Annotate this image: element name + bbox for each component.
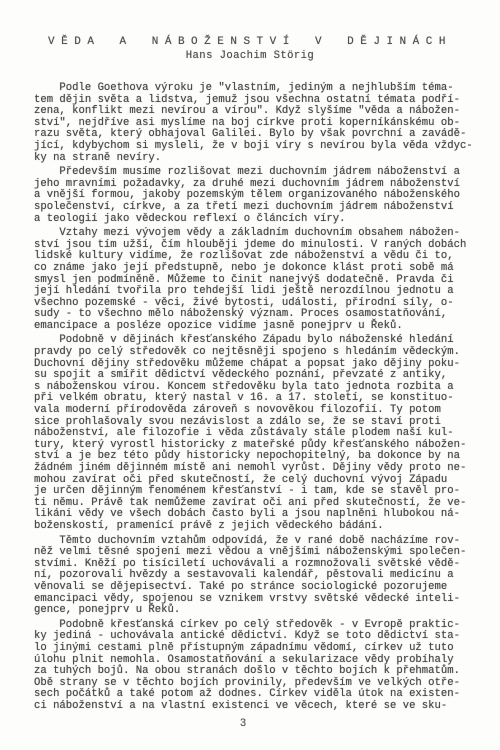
document-title: VĚDA A NÁBOŽENSTVÍ V DĚJINÁCH [0, 36, 500, 48]
paragraph: Vztahy mezi vývojem vědy a základním duc… [34, 228, 500, 332]
paragraph: Těmto duchovním vztahům odpovídá, že v r… [34, 536, 500, 617]
paragraph: Podle Goethova výroku je "vlastním, jedi… [34, 83, 500, 164]
paragraph: Podobně křesťanská církev po celý středo… [34, 620, 500, 713]
paragraph: Především musíme rozlišovat mezi duchovn… [34, 167, 500, 225]
document-author: Hans Joachim Störig [0, 50, 500, 62]
document-body: Podle Goethova výroku je "vlastním, jedi… [34, 83, 500, 712]
scanned-document-page: VĚDA A NÁBOŽENSTVÍ V DĚJINÁCH Hans Joach… [0, 0, 500, 750]
page-number: 3 [0, 718, 486, 730]
paragraph: Podobně v dějinách křesťanského Západu b… [34, 335, 500, 532]
